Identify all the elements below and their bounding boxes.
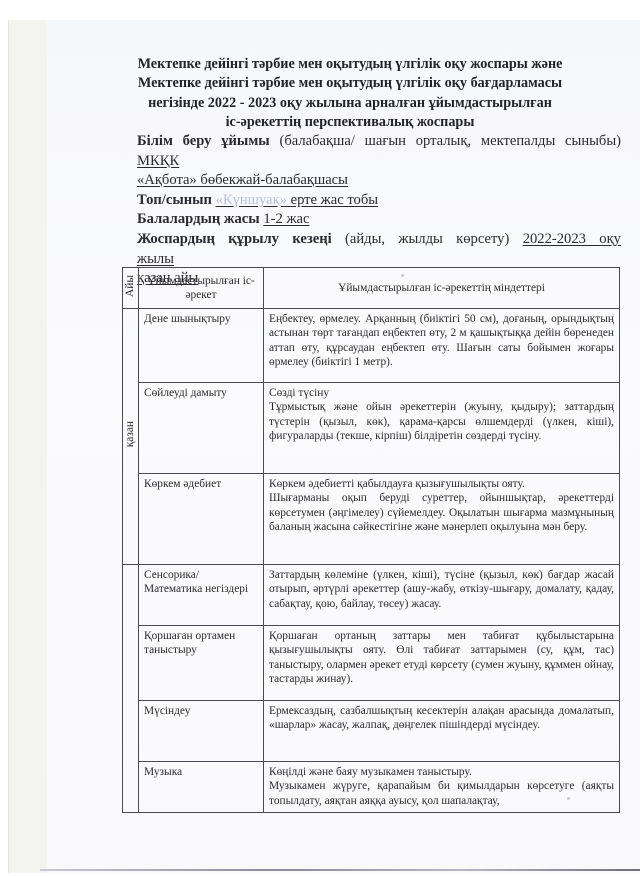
title-line: Мектепке дейінгі тәрбие мен оқытудың үлг… <box>130 55 570 74</box>
table-row: Музыка Көңілді және баяу музыкамен таныс… <box>123 762 620 813</box>
period-hint: (айды, жылды көрсету) <box>345 231 509 247</box>
table-row: Қоршаған ортамен таныстыру Қоршаған орта… <box>123 626 620 701</box>
table-row: Көркем әдебиет Көркем әдебиетті қабылдау… <box>123 474 620 565</box>
org-value: МКҚК <box>137 153 179 169</box>
title-line: негізінде 2022 - 2023 оқу жылына арналға… <box>130 94 570 113</box>
tasks-cell: Сөзді түсінуТұрмыстық және ойын әрекетте… <box>264 383 620 474</box>
document-meta: Білім беру ұйымы (балабақша/ шағын ортал… <box>137 132 621 289</box>
org-line-2: «Ақбота» бөбекжай-балабақшасы <box>137 171 621 191</box>
group-line: Топ/сынып «Күншуақ» ерте жас тобы <box>137 191 621 211</box>
header-tasks: Ұйымдастырылған іс-әрекеттің міндеттері <box>264 268 620 309</box>
header-month: Айы <box>123 268 139 309</box>
page-edge <box>8 20 47 873</box>
org-hint: (балабақша/ шағын орталық, мектепалды сы… <box>279 133 621 149</box>
title-line: Мектепке дейінгі тәрбие мен оқытудың үлг… <box>130 74 570 93</box>
tasks-cell: Көңілді және баяу музыкамен таныстыру.Му… <box>264 762 620 813</box>
activity-cell: Мүсіндеу <box>139 701 264 762</box>
table-row: Сөйлеуді дамыту Сөзді түсінуТұрмыстық жә… <box>123 383 620 474</box>
period-label: Жоспардың құрылу кезеңі <box>137 231 332 247</box>
age-line: Балалардың жасы 1-2 жас <box>137 210 621 230</box>
group-name-faint: «Күншуақ» <box>216 192 287 208</box>
page-bottom-edge <box>40 869 640 871</box>
table-header-row: Айы Ұйымдастырылған іс-әрекет Ұйымдастыр… <box>123 268 620 309</box>
document-title: Мектепке дейінгі тәрбие мен оқытудың үлг… <box>130 55 570 132</box>
activity-cell: Сенсорика/ Математика негіздері <box>139 565 264 626</box>
org-name: «Ақбота» бөбекжай-балабақшасы <box>137 172 348 188</box>
tasks-cell: Заттардың көлеміне (үлкен, кіші), түсіне… <box>264 565 620 626</box>
activity-cell: Сөйлеуді дамыту <box>139 383 264 474</box>
table-row: Мүсіндеу Ермексаздың, сазбалшықтың кесек… <box>123 701 620 762</box>
activity-cell: Көркем әдебиет <box>139 474 264 565</box>
period-line: Жоспардың құрылу кезеңі (айды, жылды көр… <box>137 230 621 269</box>
tasks-cell: Ермексаздың, сазбалшықтың кесектерін ала… <box>264 701 620 762</box>
org-label: Білім беру ұйымы <box>137 133 270 149</box>
group-label: Топ/сынып <box>137 192 212 208</box>
activity-cell: Музыка <box>139 762 264 813</box>
tasks-cell: Еңбектеу, өрмелеу. Арқанның (биіктігі 50… <box>264 309 620 383</box>
group-value: ерте жас тобы <box>291 192 378 208</box>
activity-cell: Қоршаған ортамен таныстыру <box>139 626 264 701</box>
table-row: қазан Дене шынықтыру Еңбектеу, өрмелеу. … <box>123 309 620 383</box>
table-row: Сенсорика/ Математика негіздері Заттарды… <box>123 565 620 626</box>
title-line: іс-әрекеттің перспективалық жоспары <box>130 113 570 132</box>
header-activity: Ұйымдастырылған іс-әрекет <box>139 268 264 309</box>
tasks-cell: Қоршаған ортаның заттары мен табиғат құб… <box>264 626 620 701</box>
org-line: Білім беру ұйымы (балабақша/ шағын ортал… <box>137 132 621 171</box>
tasks-cell: Көркем әдебиетті қабылдауға қызығушылықт… <box>264 474 620 565</box>
age-label: Балалардың жасы <box>137 211 260 227</box>
month-cell: қазан <box>123 309 139 565</box>
age-value: 1-2 жас <box>263 211 309 227</box>
plan-table: Айы Ұйымдастырылған іс-әрекет Ұйымдастыр… <box>122 267 620 813</box>
month-cell-empty <box>123 565 139 813</box>
activity-cell: Дене шынықтыру <box>139 309 264 383</box>
